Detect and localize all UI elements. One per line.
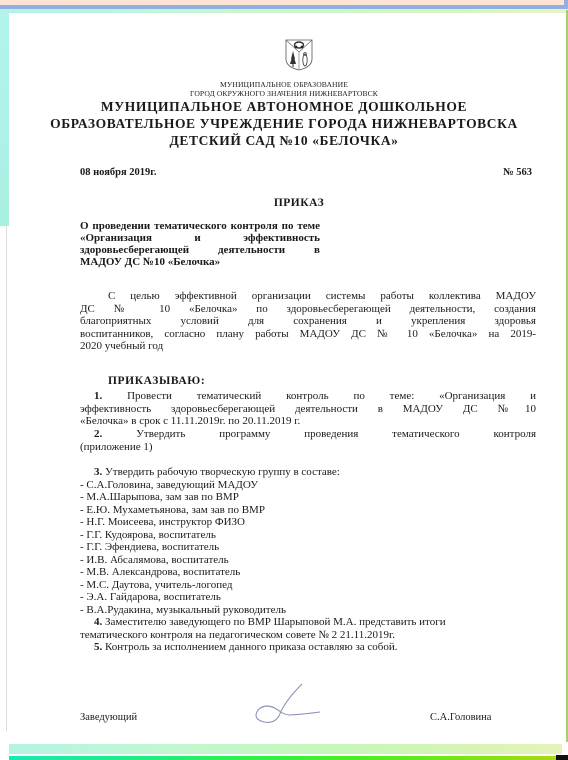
item-text: Утвердить рабочую творческую группу в со… <box>105 466 340 478</box>
intro-line: С целью эффективной организации системы … <box>80 290 536 303</box>
order-subject: О проведении тематического контроля по т… <box>80 220 320 268</box>
order-item-3: 3. Утвердить рабочую творческую группу в… <box>80 466 536 616</box>
intro-line: благоприятных условий для сохранения и у… <box>80 315 536 328</box>
item-number: 5. <box>94 641 102 653</box>
intro-line: 2020 учебный год <box>80 340 536 353</box>
group-member: - В.А.Рудакина, музыкальный руководитель <box>80 604 536 617</box>
org-name-line-3: ДЕТСКИЙ САД №10 «БЕЛОЧКА» <box>0 133 568 149</box>
group-member: - М.А.Шарыпова, зам зав по ВМР <box>80 491 536 504</box>
municipal-line-2: ГОРОД ОКРУЖНОГО ЗНАЧЕНИЯ НИЖНЕВАРТОВСК <box>0 89 568 98</box>
subject-line: О проведении тематического контроля по т… <box>80 220 320 232</box>
order-number: № 563 <box>503 167 532 178</box>
subject-line: МАДОУ ДС №10 «Белочка» <box>80 256 320 268</box>
page-edge-left <box>6 226 7 731</box>
signer-name: С.А.Головина <box>430 712 491 723</box>
order-item-2: 2. Утвердить программу проведения темати… <box>80 428 536 453</box>
order-item-4: 4. Заместителю заведующего по ВМР Шарыпо… <box>80 616 536 641</box>
item-text: Контроль за исполнением данного приказа … <box>105 641 398 653</box>
item-number: 4. <box>94 616 102 628</box>
group-member: - Н.Г. Моисеева, инструктор ФИЗО <box>80 516 536 529</box>
group-member: - Е.Ю. Мухаметьянова, зам зав по ВМР <box>80 504 536 517</box>
item-text: Утвердить программу проведения тематичес… <box>136 428 536 440</box>
item-text: эффективность здоровьесберегающей деятел… <box>80 403 536 416</box>
gradient-frame-bottom <box>9 744 562 754</box>
item-text: (приложение 1) <box>80 441 536 454</box>
subject-line: «Организация и эффективность <box>80 232 320 244</box>
city-coat-of-arms-icon <box>285 39 313 71</box>
intro-line: ДС № 10 «Белочка» по здоровьесберегающей… <box>80 303 536 316</box>
group-member: - М.С. Даутова, учитель-логопед <box>80 579 536 592</box>
order-item-5: 5. Контроль за исполнением данного прика… <box>80 641 536 654</box>
date-number-row: 08 ноября 2019г. № 563 <box>80 167 536 178</box>
order-item-1: 1. Провести тематический контроль по тем… <box>80 390 536 428</box>
order-heading: ПРИКАЗЫВАЮ: <box>108 375 205 387</box>
signer-position: Заведующий <box>80 712 137 723</box>
group-member: - И.В. Абсалямова, воспитатель <box>80 554 536 567</box>
group-member: - Э.А. Гайдарова, воспитатель <box>80 591 536 604</box>
item-number: 2. <box>94 428 102 440</box>
group-member: - Г.Г. Эфендиева, воспитатель <box>80 541 536 554</box>
gradient-frame-bottom-line <box>9 756 568 760</box>
municipal-line-1: МУНИЦИПАЛЬНОЕ ОБРАЗОВАНИЕ <box>0 80 568 89</box>
item-text: «Белочка» в срок с 11.11.2019г. по 20.11… <box>80 415 536 428</box>
subject-line: здоровьесберегающей деятельности в <box>80 244 320 256</box>
corner-marker <box>556 755 568 760</box>
item-text: тематического контроля на педагогическом… <box>80 629 536 642</box>
group-member: - С.А.Головина, заведующий МАДОУ <box>80 479 536 492</box>
group-member: - М.В. Александрова, воспитатель <box>80 566 536 579</box>
org-name-line-1: МУНИЦИПАЛЬНОЕ АВТОНОМНОЕ ДОШКОЛЬНОЕ <box>0 99 568 115</box>
item-number: 3. <box>94 466 102 478</box>
item-text: Заместителю заведующего по ВМР Шарыповой… <box>105 616 446 628</box>
signature-row: Заведующий С.А.Головина <box>80 712 536 723</box>
group-member: - Г.Г. Кудоярова, воспитатель <box>80 529 536 542</box>
item-number: 1. <box>94 390 102 402</box>
order-date: 08 ноября 2019г. <box>80 167 157 178</box>
document-title: ПРИКАЗ <box>0 197 568 209</box>
item-text: Провести тематический контроль по теме: … <box>127 390 536 402</box>
intro-paragraph: С целью эффективной организации системы … <box>80 290 536 353</box>
org-name-line-2: ОБРАЗОВАТЕЛЬНОЕ УЧРЕЖДЕНИЕ ГОРОДА НИЖНЕВ… <box>0 116 568 132</box>
intro-line: воспитанников, согласно плану работы МАД… <box>80 328 536 341</box>
